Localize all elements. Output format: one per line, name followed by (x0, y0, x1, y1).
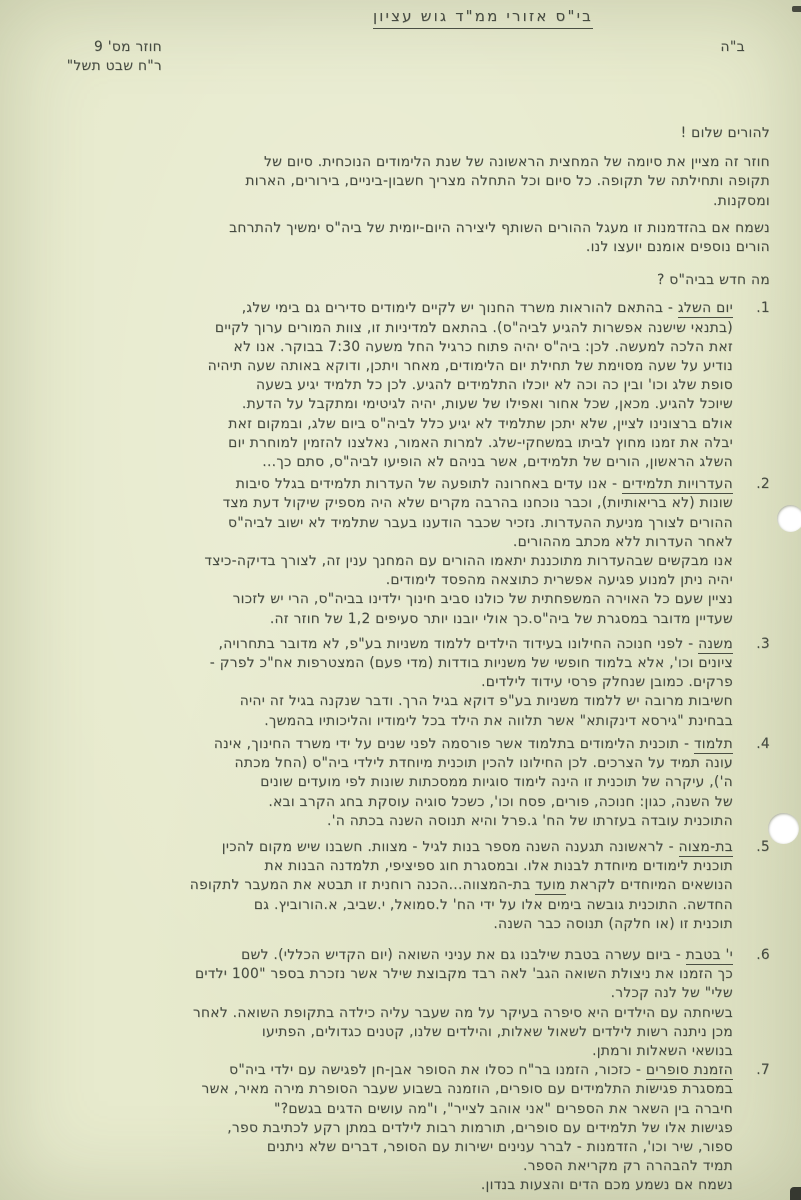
letter-body: להורים שלום ! חוזר זה מציין את סיומה של … (28, 124, 770, 1196)
item-text: י' בטבת - ביום עשרה בטבת שילבנו גם את ענ… (28, 946, 733, 1061)
item-snow-day: 1. יום השלג - בהתאם להוראות משרד החנוך י… (28, 299, 770, 472)
item-number: 4. (740, 735, 770, 831)
punch-hole (777, 505, 801, 532)
item-number: 7. (740, 1061, 770, 1195)
item-text: העדרויות תלמידים - אנו עדים באחרונה לתופ… (28, 475, 733, 629)
school-name-title: בי"ס אזורי ממ"ד גוש עציון (373, 7, 593, 29)
item-text: הזמנת סופרים - כזכור, הזמנו בר"ח כסלו את… (28, 1061, 733, 1195)
scan-edge-mark (790, 1187, 801, 1200)
scanned-school-circular-page: בי"ס אזורי ממ"ד גוש עציון ב"ה חוזר מס' 9… (0, 0, 801, 1200)
greeting-line: להורים שלום ! (28, 124, 770, 143)
item-talmud: 4. תלמוד - תוכנית הלימודים בתלמוד אשר פו… (28, 735, 770, 831)
intro-paragraph-2: נשמח אם בהזדמנות זו מעגל ההורים השותף לי… (28, 219, 770, 257)
item-number: 2. (740, 475, 770, 629)
scan-edge-mark (792, 6, 801, 12)
item-author-visits: 7. הזמנת סופרים - כזכור, הזמנו בר"ח כסלו… (28, 1061, 770, 1195)
item-mishna: 3. משנה - לפני חנוכה החילונו בעידוד הילד… (28, 635, 770, 731)
punch-hole (768, 813, 799, 844)
bsd-mark: ב"ה (720, 38, 745, 57)
circular-number-and-date: חוזר מס' 9 ר"ח שבט תשל" (30, 38, 162, 76)
intro-paragraph-1: חוזר זה מציין את סיומה של המחצית הראשונה… (28, 153, 770, 211)
item-number: 3. (740, 635, 770, 731)
numbered-items: 1. יום השלג - בהתאם להוראות משרד החנוך י… (28, 299, 770, 1195)
section-heading: מה חדש בביה"ס ? (28, 271, 770, 290)
item-text: משנה - לפני חנוכה החילונו בעידוד הילדים … (28, 635, 733, 731)
item-text: יום השלג - בהתאם להוראות משרד החנוך יש ל… (28, 299, 733, 472)
item-number: 6. (740, 946, 770, 1061)
item-text: בת-מצוה - לראשונה תגענה השנה מספר בנות ל… (28, 838, 733, 934)
item-number: 5. (740, 838, 770, 934)
item-tenth-of-tevet: 6. י' בטבת - ביום עשרה בטבת שילבנו גם את… (28, 946, 770, 1061)
item-bat-mitzva: 5. בת-מצוה - לראשונה תגענה השנה מספר בנו… (28, 838, 770, 934)
item-text: תלמוד - תוכנית הלימודים בתלמוד אשר פורסמ… (28, 735, 733, 831)
item-student-absences: 2. העדרויות תלמידים - אנו עדים באחרונה ל… (28, 475, 770, 629)
item-number: 1. (740, 299, 770, 472)
